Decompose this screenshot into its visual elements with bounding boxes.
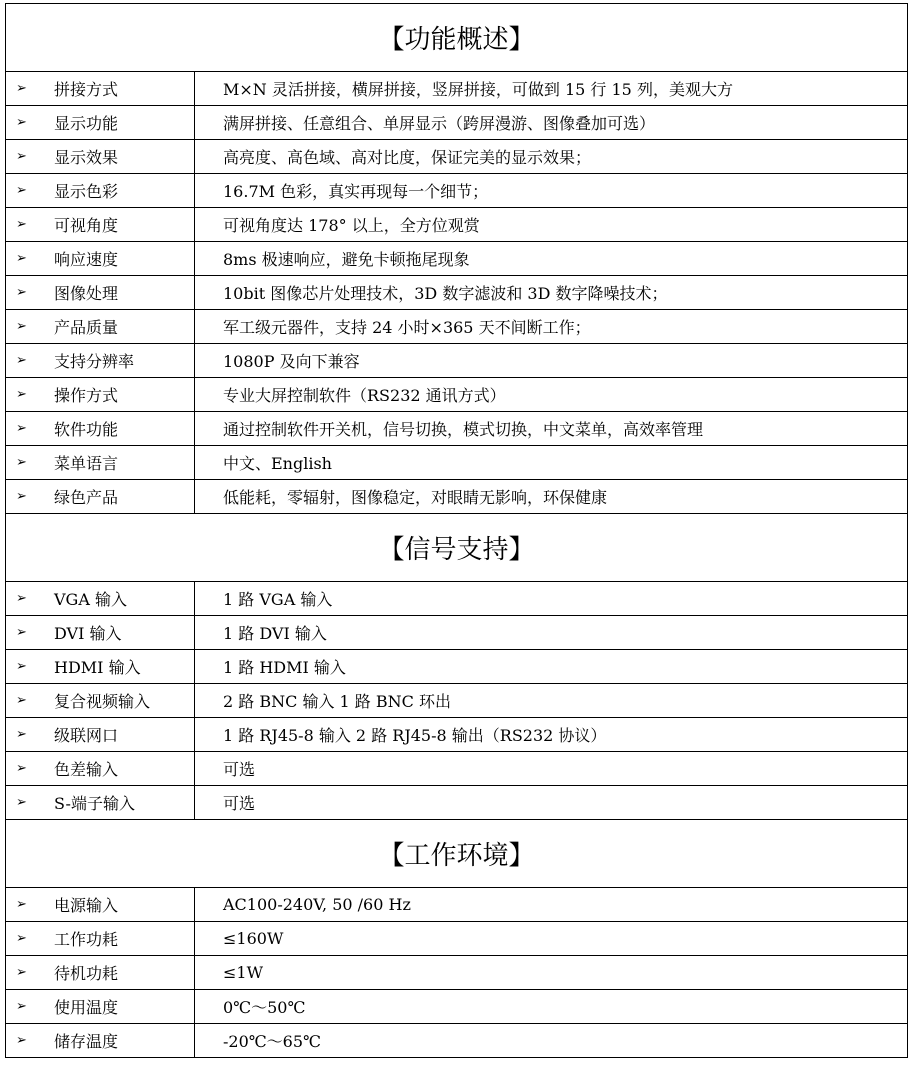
spec-row: ➢菜单语言中文、English <box>6 446 908 480</box>
spec-label: 操作方式 <box>54 386 118 405</box>
spec-label-cell: ➢电源输入 <box>6 888 195 922</box>
spec-label: S-端子输入 <box>54 794 135 813</box>
spec-value: 8ms 极速响应，避免卡顿拖尾现象 <box>195 242 908 276</box>
arrow-bullet-icon: ➢ <box>16 319 30 334</box>
spec-label-cell: ➢显示色彩 <box>6 174 195 208</box>
spec-row: ➢电源输入AC100-240V, 50 /60 Hz <box>6 888 908 922</box>
spec-row: ➢待机功耗≤1W <box>6 956 908 990</box>
spec-row: ➢级联网口1 路 RJ45-8 输入 2 路 RJ45-8 输出（RS232 协… <box>6 718 908 752</box>
arrow-bullet-icon: ➢ <box>16 1033 30 1048</box>
spec-value: 通过控制软件开关机，信号切换，模式切换，中文菜单，高效率管理 <box>195 412 908 446</box>
spec-row: ➢操作方式专业大屏控制软件（RS232 通讯方式） <box>6 378 908 412</box>
arrow-bullet-icon: ➢ <box>16 727 30 742</box>
spec-row: ➢HDMI 输入1 路 HDMI 输入 <box>6 650 908 684</box>
spec-label-cell: ➢VGA 输入 <box>6 582 195 616</box>
spec-label-cell: ➢响应速度 <box>6 242 195 276</box>
spec-row: ➢色差输入可选 <box>6 752 908 786</box>
spec-table: 【功能概述】➢拼接方式M×N 灵活拼接，横屏拼接，竖屏拼接，可做到 15 行 1… <box>5 3 908 1058</box>
spec-label: 拼接方式 <box>54 80 118 99</box>
arrow-bullet-icon: ➢ <box>16 455 30 470</box>
arrow-bullet-icon: ➢ <box>16 931 30 946</box>
spec-label: 软件功能 <box>54 420 118 439</box>
arrow-bullet-icon: ➢ <box>16 251 30 266</box>
spec-row: ➢S-端子输入可选 <box>6 786 908 820</box>
spec-label-cell: ➢工作功耗 <box>6 922 195 956</box>
spec-label: 色差输入 <box>54 760 118 779</box>
arrow-bullet-icon: ➢ <box>16 421 30 436</box>
spec-value: 2 路 BNC 输入 1 路 BNC 环出 <box>195 684 908 718</box>
spec-label-cell: ➢储存温度 <box>6 1024 195 1058</box>
section-header: 【功能概述】 <box>6 4 908 72</box>
arrow-bullet-icon: ➢ <box>16 217 30 232</box>
spec-label-cell: ➢支持分辨率 <box>6 344 195 378</box>
spec-label: 菜单语言 <box>54 454 118 473</box>
spec-row: ➢软件功能通过控制软件开关机，信号切换，模式切换，中文菜单，高效率管理 <box>6 412 908 446</box>
spec-label-cell: ➢S-端子输入 <box>6 786 195 820</box>
arrow-bullet-icon: ➢ <box>16 795 30 810</box>
spec-row: ➢绿色产品低能耗，零辐射，图像稳定，对眼睛无影响，环保健康 <box>6 480 908 514</box>
arrow-bullet-icon: ➢ <box>16 489 30 504</box>
spec-label: 待机功耗 <box>54 964 118 983</box>
spec-row: ➢支持分辨率1080P 及向下兼容 <box>6 344 908 378</box>
spec-label-cell: ➢DVI 输入 <box>6 616 195 650</box>
spec-label: 响应速度 <box>54 250 118 269</box>
spec-label: 图像处理 <box>54 284 118 303</box>
spec-value: 1 路 RJ45-8 输入 2 路 RJ45-8 输出（RS232 协议） <box>195 718 908 752</box>
spec-label-cell: ➢HDMI 输入 <box>6 650 195 684</box>
spec-row: ➢DVI 输入1 路 DVI 输入 <box>6 616 908 650</box>
spec-row: ➢显示色彩16.7M 色彩，真实再现每一个细节； <box>6 174 908 208</box>
spec-label: 显示效果 <box>54 148 118 167</box>
section-header: 【工作环境】 <box>6 820 908 888</box>
arrow-bullet-icon: ➢ <box>16 149 30 164</box>
spec-label: 使用温度 <box>54 998 118 1017</box>
spec-value: M×N 灵活拼接，横屏拼接，竖屏拼接，可做到 15 行 15 列，美观大方 <box>195 72 908 106</box>
arrow-bullet-icon: ➢ <box>16 591 30 606</box>
spec-label: DVI 输入 <box>54 624 122 643</box>
spec-label: 显示功能 <box>54 114 118 133</box>
spec-label: 复合视频输入 <box>54 692 150 711</box>
spec-value: 专业大屏控制软件（RS232 通讯方式） <box>195 378 908 412</box>
spec-label: 支持分辨率 <box>54 352 134 371</box>
spec-value: 高亮度、高色域、高对比度，保证完美的显示效果； <box>195 140 908 174</box>
spec-row: ➢储存温度-20℃～65℃ <box>6 1024 908 1058</box>
spec-row: ➢响应速度8ms 极速响应，避免卡顿拖尾现象 <box>6 242 908 276</box>
spec-value: 中文、English <box>195 446 908 480</box>
spec-label: HDMI 输入 <box>54 658 141 677</box>
spec-label: 绿色产品 <box>54 488 118 507</box>
spec-label: 工作功耗 <box>54 930 118 949</box>
spec-label-cell: ➢产品质量 <box>6 310 195 344</box>
spec-row: ➢复合视频输入2 路 BNC 输入 1 路 BNC 环出 <box>6 684 908 718</box>
arrow-bullet-icon: ➢ <box>16 693 30 708</box>
spec-label: VGA 输入 <box>54 590 127 609</box>
spec-label-cell: ➢复合视频输入 <box>6 684 195 718</box>
spec-row: ➢拼接方式M×N 灵活拼接，横屏拼接，竖屏拼接，可做到 15 行 15 列，美观… <box>6 72 908 106</box>
spec-label-cell: ➢显示效果 <box>6 140 195 174</box>
spec-row: ➢显示效果高亮度、高色域、高对比度，保证完美的显示效果； <box>6 140 908 174</box>
spec-value: 16.7M 色彩，真实再现每一个细节； <box>195 174 908 208</box>
spec-value: 可视角度达 178° 以上，全方位观赏 <box>195 208 908 242</box>
spec-value: ≤1W <box>195 956 908 990</box>
spec-label: 级联网口 <box>54 726 118 745</box>
arrow-bullet-icon: ➢ <box>16 115 30 130</box>
spec-label-cell: ➢软件功能 <box>6 412 195 446</box>
spec-value: 0℃～50℃ <box>195 990 908 1024</box>
spec-label: 显示色彩 <box>54 182 118 201</box>
spec-value: 可选 <box>195 752 908 786</box>
arrow-bullet-icon: ➢ <box>16 659 30 674</box>
spec-value: 低能耗，零辐射，图像稳定，对眼睛无影响，环保健康 <box>195 480 908 514</box>
spec-row: ➢VGA 输入1 路 VGA 输入 <box>6 582 908 616</box>
spec-label-cell: ➢操作方式 <box>6 378 195 412</box>
spec-row: ➢可视角度可视角度达 178° 以上，全方位观赏 <box>6 208 908 242</box>
section-title: 【信号支持】 <box>6 514 908 582</box>
spec-label: 可视角度 <box>54 216 118 235</box>
section-title: 【功能概述】 <box>6 4 908 72</box>
spec-row: ➢显示功能满屏拼接、任意组合、单屏显示（跨屏漫游、图像叠加可选） <box>6 106 908 140</box>
arrow-bullet-icon: ➢ <box>16 897 30 912</box>
spec-label: 电源输入 <box>54 896 118 915</box>
spec-label-cell: ➢色差输入 <box>6 752 195 786</box>
spec-label: 储存温度 <box>54 1032 118 1051</box>
spec-value: 1 路 VGA 输入 <box>195 582 908 616</box>
spec-label-cell: ➢使用温度 <box>6 990 195 1024</box>
spec-label-cell: ➢显示功能 <box>6 106 195 140</box>
spec-value: 1080P 及向下兼容 <box>195 344 908 378</box>
spec-value: 1 路 HDMI 输入 <box>195 650 908 684</box>
section-title: 【工作环境】 <box>6 820 908 888</box>
spec-value: 军工级元器件，支持 24 小时×365 天不间断工作； <box>195 310 908 344</box>
arrow-bullet-icon: ➢ <box>16 81 30 96</box>
arrow-bullet-icon: ➢ <box>16 999 30 1014</box>
spec-value: 满屏拼接、任意组合、单屏显示（跨屏漫游、图像叠加可选） <box>195 106 908 140</box>
spec-label-cell: ➢级联网口 <box>6 718 195 752</box>
arrow-bullet-icon: ➢ <box>16 183 30 198</box>
spec-value: ≤160W <box>195 922 908 956</box>
spec-label-cell: ➢菜单语言 <box>6 446 195 480</box>
spec-value: -20℃～65℃ <box>195 1024 908 1058</box>
spec-label-cell: ➢拼接方式 <box>6 72 195 106</box>
spec-label-cell: ➢绿色产品 <box>6 480 195 514</box>
spec-label-cell: ➢可视角度 <box>6 208 195 242</box>
spec-value: 1 路 DVI 输入 <box>195 616 908 650</box>
section-header: 【信号支持】 <box>6 514 908 582</box>
arrow-bullet-icon: ➢ <box>16 761 30 776</box>
spec-value: AC100-240V, 50 /60 Hz <box>195 888 908 922</box>
spec-row: ➢产品质量军工级元器件，支持 24 小时×365 天不间断工作； <box>6 310 908 344</box>
spec-label-cell: ➢待机功耗 <box>6 956 195 990</box>
arrow-bullet-icon: ➢ <box>16 625 30 640</box>
spec-row: ➢使用温度0℃～50℃ <box>6 990 908 1024</box>
spec-label: 产品质量 <box>54 318 118 337</box>
spec-value: 可选 <box>195 786 908 820</box>
arrow-bullet-icon: ➢ <box>16 285 30 300</box>
spec-row: ➢图像处理10bit 图像芯片处理技术，3D 数字滤波和 3D 数字降噪技术； <box>6 276 908 310</box>
spec-label-cell: ➢图像处理 <box>6 276 195 310</box>
arrow-bullet-icon: ➢ <box>16 387 30 402</box>
arrow-bullet-icon: ➢ <box>16 353 30 368</box>
arrow-bullet-icon: ➢ <box>16 965 30 980</box>
spec-value: 10bit 图像芯片处理技术，3D 数字滤波和 3D 数字降噪技术； <box>195 276 908 310</box>
spec-row: ➢工作功耗≤160W <box>6 922 908 956</box>
